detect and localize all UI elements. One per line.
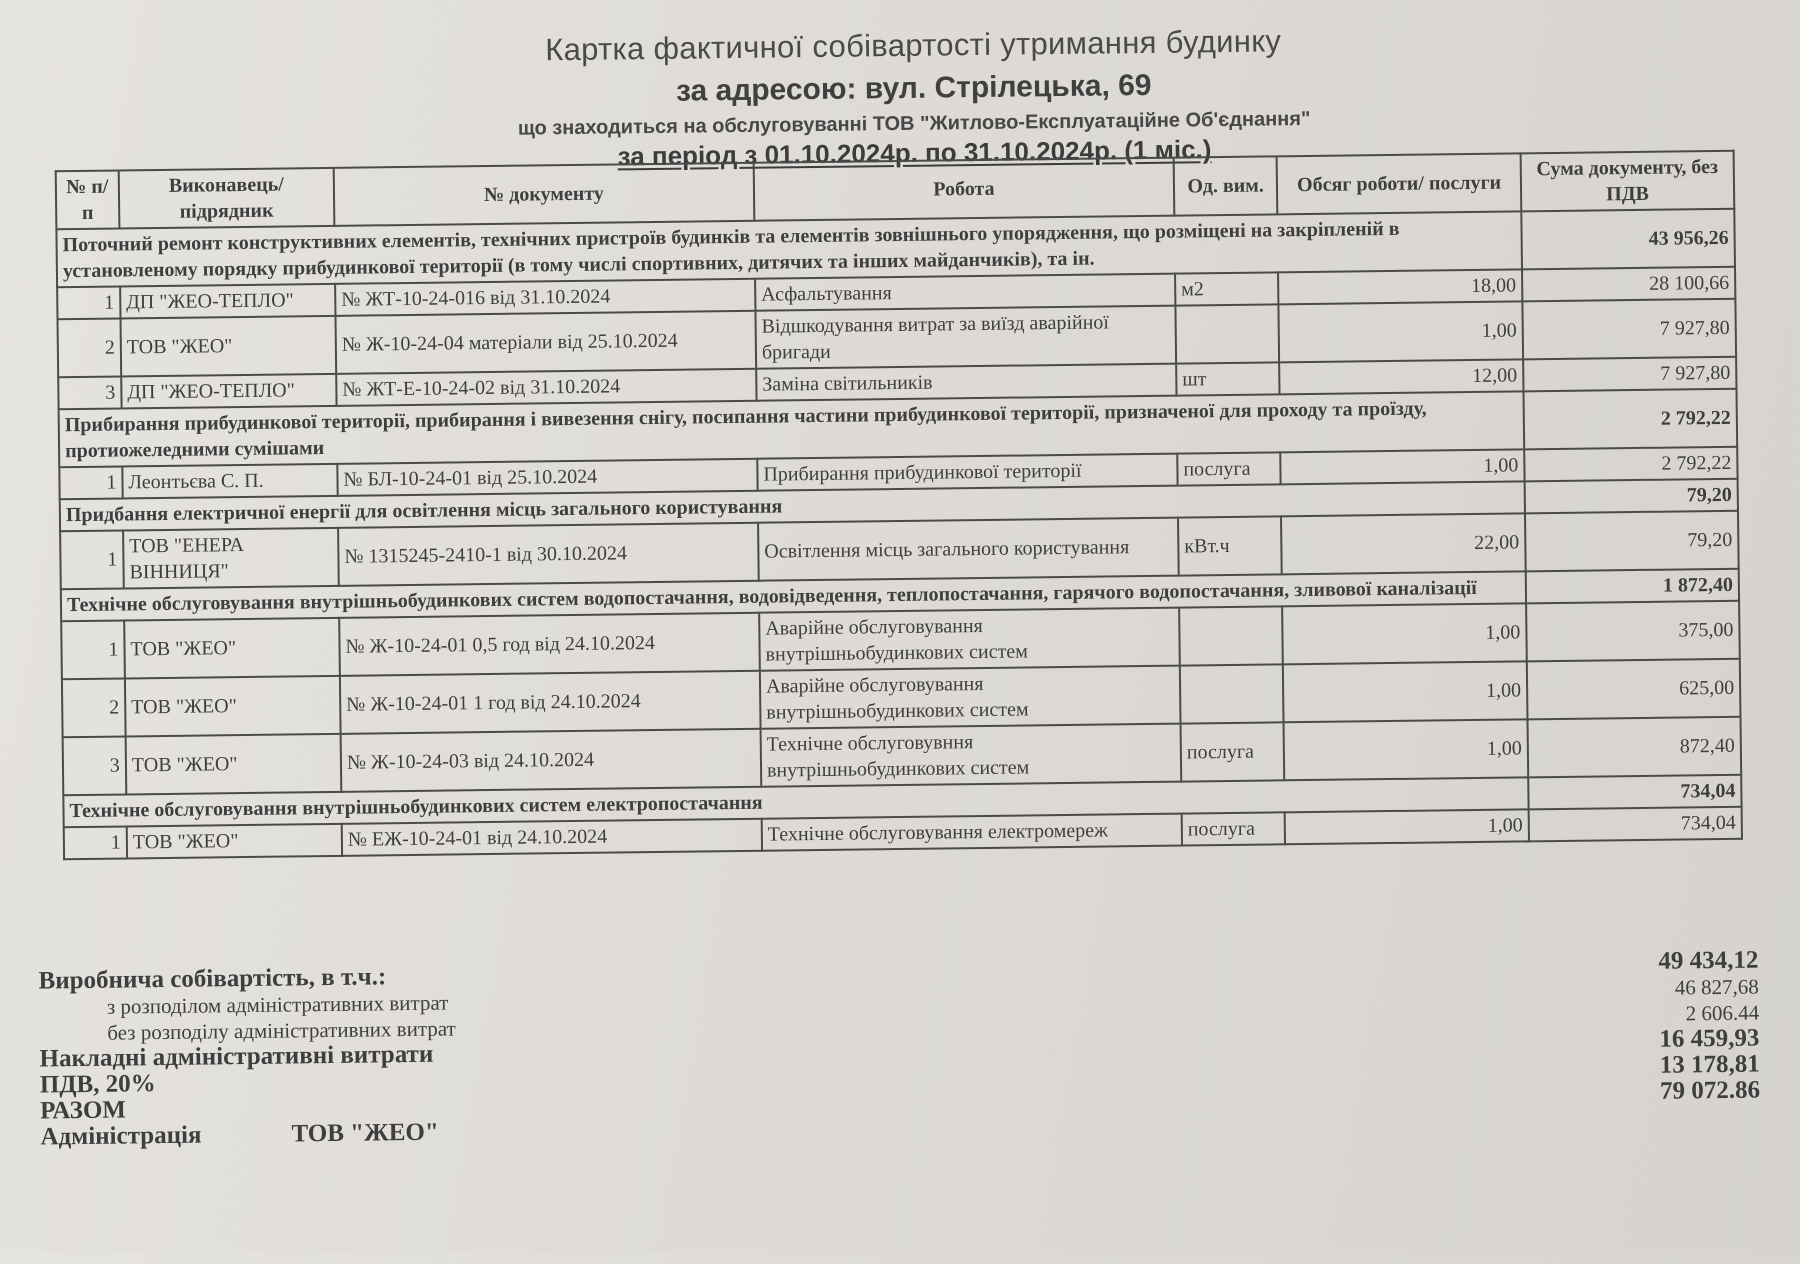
overhead-label: Накладні адміністративні витрати [39,1042,433,1073]
row-contractor: Леонтьєва С. П. [122,464,337,499]
row-number: 1 [60,530,124,589]
row-document: № 1315245-2410-1 від 30.10.2024 [338,523,759,586]
row-contractor: ТОВ "ЖЕО" [124,618,340,679]
administration-org: ТОВ "ЖЕО" [291,1120,439,1148]
section-total: 734,04 [1528,775,1741,810]
row-sum: 28 100,66 [1522,267,1735,302]
col-sum: Сума документу, без ПДВ [1520,151,1734,212]
section-total: 1 872,40 [1526,569,1739,604]
row-quantity: 1,00 [1284,719,1528,780]
overhead-value: 16 459,93 [1559,1026,1759,1054]
row-unit: м2 [1175,272,1279,305]
row-sum: 625,00 [1527,659,1741,720]
col-work: Робота [754,158,1175,221]
cost-table: № п/п Виконавець/ підрядник № документу … [55,150,1743,860]
row-number: 3 [58,376,121,409]
row-unit [1180,664,1284,723]
administration-label: Адміністрація [40,1123,201,1151]
row-work: Аварійне обслуговування внутрішньобудинк… [759,608,1180,671]
row-unit: кВт.ч [1178,516,1282,575]
col-document: № документу [334,163,755,226]
row-document: № ЕЖ-10-24-01 від 24.10.2024 [342,819,762,856]
row-sum: 2 792,22 [1524,447,1737,482]
row-unit [1175,304,1279,363]
production-cost-value: 49 434,12 [1558,948,1758,976]
row-sum: 872,40 [1527,717,1741,778]
row-document: № Ж-10-24-04 матеріали від 25.10.2024 [335,311,756,374]
row-work: Відшкодування витрат за виїзд аварійної … [755,306,1176,369]
row-contractor: ДП "ЖЕО-ТЕПЛО" [120,284,335,319]
row-sum: 7 927,80 [1523,357,1736,392]
row-work: Технічне обслуговувння внутрішньобудинко… [761,724,1182,787]
row-quantity: 18,00 [1278,269,1522,304]
row-document: № Ж-10-24-01 0,5 год від 24.10.2024 [339,613,760,676]
row-work: Асфальтування [755,274,1175,311]
row-number: 2 [58,319,122,378]
table-body: Поточний ремонт конструктивних елементів… [56,209,1742,859]
row-work: Прибирання прибудинкової території [757,454,1177,491]
row-document: № БЛ-10-24-01 від 25.10.2024 [337,459,757,496]
row-contractor: ТОВ "ЖЕО" [127,824,342,859]
row-sum: 734,04 [1528,807,1741,842]
row-quantity: 22,00 [1281,513,1525,574]
row-number: 1 [57,287,120,320]
vat-value: 13 178,81 [1560,1052,1760,1080]
with-admin-value: 46 827,68 [1559,974,1759,1002]
section-total: 79,20 [1524,479,1737,514]
row-document: № Ж-10-24-01 1 год від 24.10.2024 [340,671,761,734]
row-work: Заміна світильників [756,364,1176,401]
row-quantity: 1,00 [1279,301,1523,362]
row-work: Аварійне обслуговування внутрішньобудинк… [760,666,1181,729]
row-number: 1 [61,620,125,679]
section-total: 43 956,26 [1521,209,1735,270]
row-contractor: ТОВ "ЖЕО" [120,316,336,377]
row-work: Освітлення місць загального користування [758,518,1179,581]
row-quantity: 1,00 [1285,809,1529,844]
row-sum: 375,00 [1526,601,1740,662]
row-document: № Ж-10-24-03 від 24.10.2024 [341,729,762,792]
row-unit: послуга [1180,722,1284,781]
row-quantity: 1,00 [1281,449,1525,484]
row-contractor: ДП "ЖЕО-ТЕПЛО" [121,374,336,409]
row-number: 2 [62,678,126,737]
summary: Виробнича собівартість, в т.ч.: 49 434,1… [38,948,1760,1151]
col-quantity: Обсяг роботи/ послуги [1277,153,1521,214]
total-value: 79 072.86 [1560,1078,1760,1106]
row-contractor: ТОВ "ЕНЕРА ВІННИЦЯ" [123,528,339,589]
row-unit: послуга [1182,812,1286,845]
vat-label: ПДВ, 20% [40,1071,156,1098]
document-page: Картка фактичної собівартості утримання … [0,0,1800,1253]
row-number: 3 [63,736,127,795]
row-unit: шт [1176,362,1280,395]
col-number: № п/п [56,171,120,230]
total-label: РАЗОМ [40,1097,126,1124]
row-unit: послуга [1177,452,1281,485]
row-document: № ЖТ-Е-10-24-02 від 31.10.2024 [336,369,756,406]
section-total: 2 792,22 [1523,389,1737,450]
row-work: Технічне обслуговування електромереж [762,814,1182,851]
row-contractor: ТОВ "ЖЕО" [126,734,342,795]
row-quantity: 1,00 [1283,661,1527,722]
row-number: 1 [64,826,127,859]
row-sum: 79,20 [1525,511,1739,572]
row-contractor: ТОВ "ЖЕО" [125,676,341,737]
without-admin-value: 2 606.44 [1559,1000,1759,1028]
row-quantity: 12,00 [1280,359,1524,394]
col-contractor: Виконавець/ підрядник [119,168,335,229]
row-number: 1 [59,466,122,499]
row-unit [1179,606,1283,665]
col-unit: Од. вим. [1174,156,1278,215]
row-document: № ЖТ-10-24-016 від 31.10.2024 [335,279,755,316]
row-quantity: 1,00 [1283,603,1527,664]
row-sum: 7 927,80 [1522,299,1736,360]
